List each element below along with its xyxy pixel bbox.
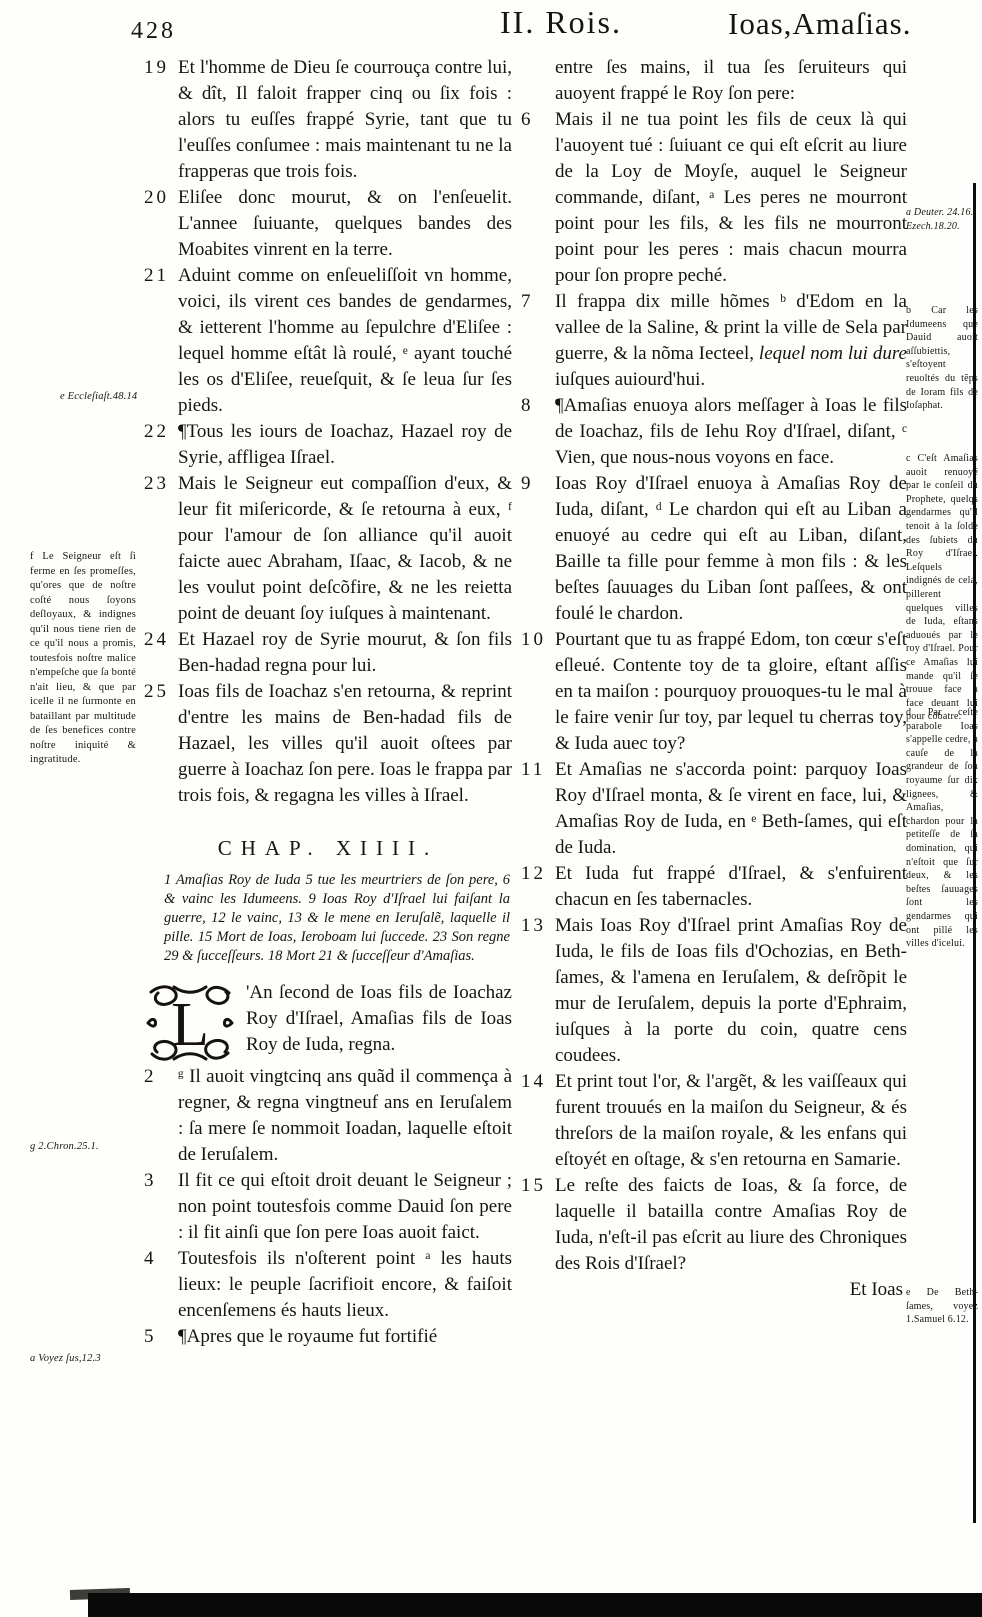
verse-number: 11 [521, 757, 545, 783]
verse-7: 7 Il frappa dix mille hõmes ᵇ d'Edom en … [521, 289, 907, 393]
running-title-book: II. Rois. [500, 4, 622, 41]
verse-text: Ioas Roy d'Iſrael enuoya à Amaſias Roy d… [555, 473, 907, 624]
margin-note-e-right: e De Beth-ſames, voyez 1.Samuel 6.12. [906, 1286, 978, 1327]
verse-text: Et Amaſias ne s'accorda point: parquoy I… [555, 759, 907, 858]
verse-number: 20 [144, 185, 169, 211]
verse-6: 6 Mais il ne tua point les fils de ceux … [521, 107, 907, 289]
verse-23: 23 Mais le Seigneur eut compaſſion d'eux… [144, 471, 512, 627]
verse-text: Il frappa dix mille hõmes ᵇ d'Edom en la… [555, 291, 907, 390]
verse-number: 6 [521, 107, 534, 133]
verse-text: Il fit ce qui eſtoit droit deuant le Sei… [178, 1170, 512, 1243]
verse-number: 8 [521, 393, 534, 419]
verse-number: 19 [144, 55, 169, 81]
verse-text: Mais le Seigneur eut compaſſion d'eux, &… [178, 473, 512, 624]
verse-text: Et print tout l'or, & l'argẽt, & les vai… [555, 1071, 907, 1170]
chapter-heading: CHAP. XIIII. [144, 835, 512, 861]
catchword: Et Ioas [521, 1277, 907, 1303]
right-text-column: entre ſes mains, il tua ſes ſeruiteurs q… [521, 55, 907, 1303]
ornate-dropcap: L [144, 982, 236, 1064]
dropcap-letter: L [171, 991, 209, 1059]
margin-note-a-right: a Deuter. 24.16. Ezech.18.20. [906, 206, 978, 233]
left-text-column: 19 Et l'homme de Dieu ſe courrouça contr… [144, 55, 512, 1350]
verse-text: ᵍ Il auoit vingtcinq ans quãd il commenç… [178, 1066, 512, 1165]
verse-text: ¶Apres que le royaume fut fortifié [178, 1326, 437, 1347]
verse-9: 9 Ioas Roy d'Iſrael enuoya à Amaſias Roy… [521, 471, 907, 627]
verse-number: 22 [144, 419, 169, 445]
verse-text: Eliſee donc mourut, & on l'enſeuelit. L'… [178, 187, 512, 260]
verse-text: Et Iuda fut frappé d'Iſrael, & s'enfuire… [555, 863, 907, 910]
verse-number: 2 [144, 1064, 157, 1090]
margin-note-e-left: e Eccleſiaſt.48.14 [60, 390, 140, 405]
verse-number: 25 [144, 679, 169, 705]
verse-text: Toutesfois ils n'oſterent point ᵃ les ha… [178, 1248, 512, 1321]
verse-number: 9 [521, 471, 534, 497]
margin-note-a-left: a Voyez ſus,12.3 [30, 1352, 136, 1367]
verse-25: 25 Ioas fils de Ioachaz s'en retourna, &… [144, 679, 512, 809]
verse-19: 19 Et l'homme de Dieu ſe courrouça contr… [144, 55, 512, 185]
verse-text: Aduint comme on enſeueliſſoit vn homme, … [178, 265, 512, 416]
page-number: 428 [131, 18, 176, 45]
verse-text: 'An ſecond de Ioas fils de Ioachaz Roy d… [246, 982, 512, 1055]
verse-number: 4 [144, 1246, 157, 1272]
verse-number: 7 [521, 289, 534, 315]
verse-number: 3 [144, 1168, 157, 1194]
margin-note-f: f Le Seigneur eſt ſi ferme en ſes promeſ… [30, 550, 136, 768]
verse-number: 21 [144, 263, 169, 289]
verse-text: ¶Amaſias enuoya alors meſſager à Ioas le… [555, 395, 907, 468]
verse-number: 5 [144, 1324, 157, 1350]
verse-number: 24 [144, 627, 169, 653]
verse-text: Mais il ne tua point les fils de ceux là… [555, 109, 907, 286]
scan-edge-line [973, 183, 976, 1523]
verse-2: 2 ᵍ Il auoit vingtcinq ans quãd il comme… [144, 1064, 512, 1168]
chapter-summary: 1 Amaſias Roy de Iuda 5 tue les meurtrie… [164, 871, 510, 966]
verse-12: 12 Et Iuda fut frappé d'Iſrael, & s'enfu… [521, 861, 907, 913]
margin-note-c: c C'eſt Amaſias auoit renuoyé par le con… [906, 452, 978, 724]
verse-10: 10 Pourtant que tu as frappé Edom, ton c… [521, 627, 907, 757]
running-title-section: Ioas,Amaſias. [728, 6, 908, 42]
verse-number: 10 [521, 627, 546, 653]
verse-15: 15 Le reſte des faicts de Ioas, & ſa for… [521, 1173, 907, 1277]
verse-text: Le reſte des faicts de Ioas, & ſa force,… [555, 1175, 907, 1274]
verse-text-part: iuſques auiourd'hui. [555, 369, 705, 390]
verse-number: 12 [521, 861, 546, 887]
verse-text: Et l'homme de Dieu ſe courrouça contre l… [178, 57, 512, 182]
verse-text: ¶Tous les iours de Ioachaz, Hazael roy d… [178, 421, 512, 468]
verse-text-italic: lequel nom lui dure [759, 343, 907, 364]
verse-text: Pourtant que tu as frappé Edom, ton cœur… [555, 629, 907, 754]
verse-text: Et Hazael roy de Syrie mourut, & ſon fil… [178, 629, 512, 676]
margin-note-b: b Car les Idumeens que Dauid auoit aſſub… [906, 304, 978, 413]
verse-5: 5 ¶Apres que le royaume fut fortifié [144, 1324, 512, 1350]
verse-11: 11 Et Amaſias ne s'accorda point: parquo… [521, 757, 907, 861]
verse-5-continuation: entre ſes mains, il tua ſes ſeruiteurs q… [521, 55, 907, 107]
verse-20: 20 Eliſee donc mourut, & on l'enſeuelit.… [144, 185, 512, 263]
margin-note-d: d Par ceſte parabole Ioas s'appelle cedr… [906, 706, 978, 951]
verse-number: 15 [521, 1173, 546, 1199]
scan-bottom-band [88, 1593, 982, 1617]
verse-13: 13 Mais Ioas Roy d'Iſrael print Amaſias … [521, 913, 907, 1069]
verse-number: 23 [144, 471, 169, 497]
verse-4: 4 Toutesfois ils n'oſterent point ᵃ les … [144, 1246, 512, 1324]
verse-8: 8 ¶Amaſias enuoya alors meſſager à Ioas … [521, 393, 907, 471]
verse-22: 22 ¶Tous les iours de Ioachaz, Hazael ro… [144, 419, 512, 471]
verse-14: 14 Et print tout l'or, & l'argẽt, & les … [521, 1069, 907, 1173]
margin-note-g: g 2.Chron.25.1. [30, 1140, 136, 1155]
verse-24: 24 Et Hazael roy de Syrie mourut, & ſon … [144, 627, 512, 679]
verse-21: 21 Aduint comme on enſeueliſſoit vn homm… [144, 263, 512, 419]
verse-1: L 'An ſecond de Ioas fils de Ioachaz Roy… [144, 980, 512, 1058]
verse-3: 3 Il fit ce qui eſtoit droit deuant le S… [144, 1168, 512, 1246]
verse-number: 13 [521, 913, 546, 939]
verse-number: 14 [521, 1069, 546, 1095]
verse-text: Mais Ioas Roy d'Iſrael print Amaſias Roy… [555, 915, 907, 1066]
verse-text: Ioas fils de Ioachaz s'en retourna, & re… [178, 681, 512, 806]
scanned-bible-page: 428 II. Rois. Ioas,Amaſias. e Eccleſiaſt… [0, 0, 982, 1617]
